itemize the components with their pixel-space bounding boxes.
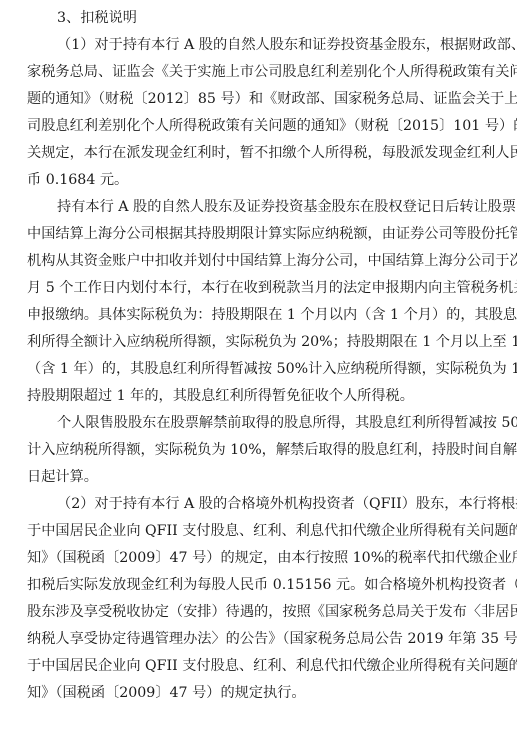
paragraph-line: 持有本行 A 股的自然人股东及证券投资基金股东在股权登记日后转让股票时， — [27, 194, 479, 221]
paragraph-line: 扣税后实际发放现金红利为每股人民币 0.15156 元。如合格境外机构投资者（Q… — [27, 572, 479, 599]
paragraph-line: 知》（国税函〔2009〕47 号）的规定执行。 — [27, 680, 479, 707]
paragraph-line: 股东涉及享受税收协定（安排）待遇的，按照《国家税务总局关于发布〈非居民 — [27, 599, 479, 626]
paragraph-line: 申报缴纳。具体实际税负为：持股期限在 1 个月以内（含 1 个月）的，其股息红 — [27, 302, 479, 329]
paragraph-line: 月 5 个工作日内划付本行，本行在收到税款当月的法定申报期内向主管税务机关 — [27, 275, 479, 302]
paragraph-line: 家税务总局、证监会《关于实施上市公司股息红利差别化个人所得税政策有关问 — [27, 59, 479, 86]
paragraph-line: 关规定，本行在派发现金红利时，暂不扣缴个人所得税，每股派发现金红利人民 — [27, 140, 479, 167]
paragraph-line: 知》（国税函〔2009〕47 号）的规定，由本行按照 10%的税率代扣代缴企业所… — [27, 545, 479, 572]
paragraph-line: 中国结算上海分公司根据其持股期限计算实际应纳税额，由证券公司等股份托管 — [27, 221, 479, 248]
paragraph-restricted-shares: 个人限售股股东在股票解禁前取得的股息所得，其股息红利所得暂减按 50% 计入应纳… — [27, 410, 479, 491]
document-page: 3、扣税说明 （1）对于持有本行 A 股的自然人股东和证券投资基金股东，根据财政… — [27, 5, 479, 707]
paragraph-line: 日起计算。 — [27, 464, 479, 491]
paragraph-line: 纳税人享受协定待遇管理办法〉的公告》（国家税务总局公告 2019 年第 35 号… — [27, 626, 479, 653]
paragraph-line: 机构从其资金账户中扣收并划付中国结算上海分公司，中国结算上海分公司于次 — [27, 248, 479, 275]
paragraph-line: 币 0.1684 元。 — [27, 167, 479, 194]
paragraph-transfer-tax: 持有本行 A 股的自然人股东及证券投资基金股东在股权登记日后转让股票时， 中国结… — [27, 194, 479, 410]
paragraph-line: 持股期限超过 1 年的，其股息红利所得暂免征收个人所得税。 — [27, 383, 479, 410]
paragraph-line: 于中国居民企业向 QFII 支付股息、红利、利息代扣代缴企业所得税有关问题的通 — [27, 518, 479, 545]
paragraph-line: 题的通知》（财税〔2012〕85 号）和《财政部、国家税务总局、证监会关于上市公 — [27, 86, 479, 113]
paragraph-line: 利所得全额计入应纳税所得额，实际税负为 20%；持股期限在 1 个月以上至 1 … — [27, 329, 479, 356]
paragraph-line: 司股息红利差别化个人所得税政策有关问题的通知》（财税〔2015〕101 号）的有 — [27, 113, 479, 140]
section-heading: 3、扣税说明 — [27, 5, 479, 32]
paragraph-qfii: （2）对于持有本行 A 股的合格境外机构投资者（QFII）股东，本行将根据《关 … — [27, 491, 479, 707]
paragraph-line: （含 1 年）的，其股息红利所得暂减按 50%计入应纳税所得额，实际税负为 10… — [27, 356, 479, 383]
paragraph-line: （2）对于持有本行 A 股的合格境外机构投资者（QFII）股东，本行将根据《关 — [27, 491, 479, 518]
paragraph-line: 计入应纳税所得额，实际税负为 10%，解禁后取得的股息红利，持股时间自解禁 — [27, 437, 479, 464]
paragraph-individual-shareholders: （1）对于持有本行 A 股的自然人股东和证券投资基金股东，根据财政部、国 家税务… — [27, 32, 479, 194]
paragraph-line: （1）对于持有本行 A 股的自然人股东和证券投资基金股东，根据财政部、国 — [27, 32, 479, 59]
paragraph-line: 于中国居民企业向 QFII 支付股息、红利、利息代扣代缴企业所得税有关问题的通 — [27, 653, 479, 680]
paragraph-line: 个人限售股股东在股票解禁前取得的股息所得，其股息红利所得暂减按 50% — [27, 410, 479, 437]
